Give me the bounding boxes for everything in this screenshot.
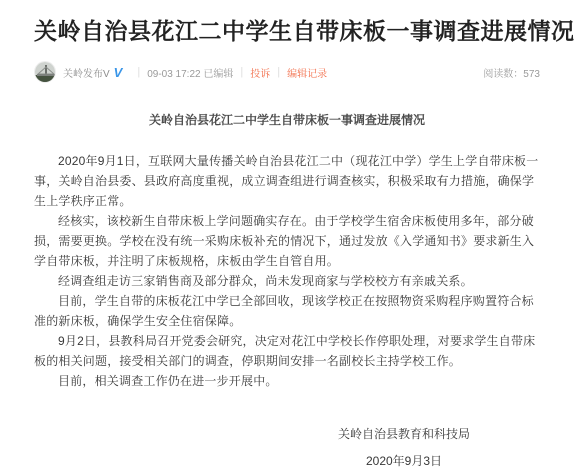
article-subtitle: 关岭自治县花江二中学生自带床板一事调查进展情况 xyxy=(34,112,540,128)
paragraph: 经核实，该校新生自带床板上学问题确实存在。由于学校学生宿舍床板使用多年，部分破损… xyxy=(34,211,540,271)
signature-org: 关岭自治县教育和科技局 xyxy=(304,421,504,448)
paragraph: 经调查组走访三家销售商及部分群众，尚未发现商家与学校校方有亲戚关系。 xyxy=(34,271,540,291)
paragraph: 9月2日，县教科局召开党委会研究，决定对花江中学校长作停职处理，对要求学生自带床… xyxy=(34,331,540,371)
username[interactable]: 关岭发布V xyxy=(63,65,110,80)
paragraph: 2020年9月1日，互联网大量传播关岭自治县花江二中（现花江中学）学生上学自带床… xyxy=(34,151,540,211)
divider: | xyxy=(277,66,280,78)
verified-badge-icon[interactable]: V xyxy=(114,65,123,80)
post-meta-bar: 关岭发布V V | 09-03 17:22 已编辑 | 投诉 | 编辑记录 阅读… xyxy=(34,60,540,84)
article-page: 关岭自治县花江二中学生自带床板一事调查进展情况 关岭发布V V | 09-03 … xyxy=(0,0,574,473)
post-timestamp: 09-03 17:22 已编辑 xyxy=(147,65,233,80)
read-count: 阅读数：573 xyxy=(483,65,540,80)
paragraph: 目前，相关调查工作仍在进一步开展中。 xyxy=(34,371,540,391)
edit-history-link[interactable]: 编辑记录 xyxy=(287,65,327,80)
page-title: 关岭自治县花江二中学生自带床板一事调查进展情况 xyxy=(34,0,540,46)
divider: | xyxy=(137,66,140,78)
landscape-avatar-image xyxy=(35,62,56,83)
signature-block: 关岭自治县教育和科技局 2020年9月3日 xyxy=(304,421,504,473)
avatar[interactable] xyxy=(34,61,56,83)
signature-date: 2020年9月3日 xyxy=(304,448,504,473)
divider: | xyxy=(240,66,243,78)
article-body: 2020年9月1日，互联网大量传播关岭自治县花江二中（现花江中学）学生上学自带床… xyxy=(34,151,540,391)
paragraph: 目前，学生自带的床板花江中学已全部回收，现该学校正在按照物资采购程序购置符合标准… xyxy=(34,291,540,331)
complaint-link[interactable]: 投诉 xyxy=(250,65,270,80)
